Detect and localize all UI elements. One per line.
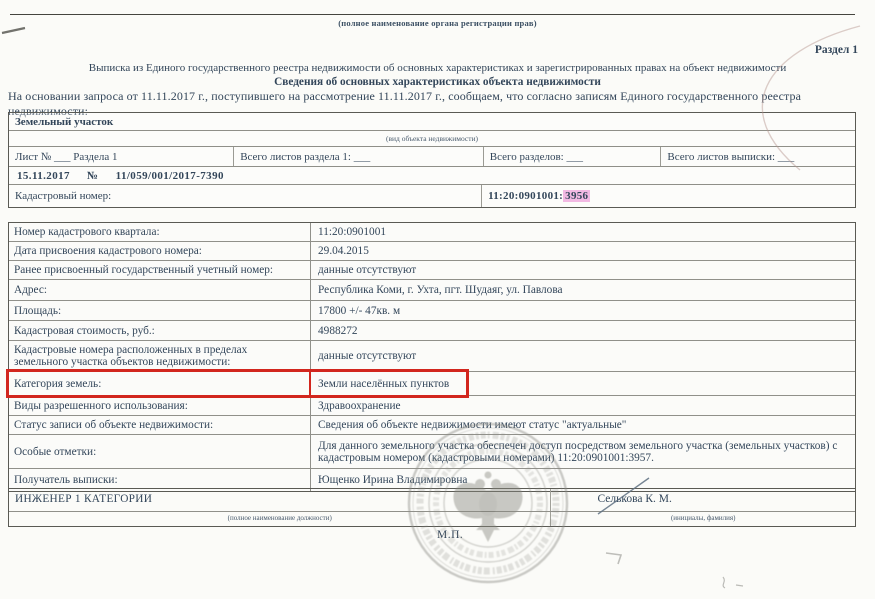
name-caption: (инициалы, фамилия): [550, 512, 855, 526]
object-header-block: Земельный участок (вид объекта недвижимо…: [8, 112, 856, 208]
row-label: Кадастровая стоимость, руб.:: [9, 321, 311, 340]
row-previous-number: Ранее присвоенный государственный учетны…: [9, 261, 855, 280]
row-value: 4988272: [311, 321, 855, 340]
signature-row: ИНЖЕНЕР 1 КАТЕГОРИИ Селькова К. М.: [9, 489, 855, 512]
row-label: Особые отметки:: [9, 435, 311, 468]
row-area: Площадь: 17800 +/- 47кв. м: [9, 301, 855, 321]
signer-name: Селькова К. М.: [550, 489, 855, 511]
row-value: Сведения об объекте недвижимости имеют с…: [311, 416, 855, 434]
smudge-mark-2: [723, 577, 743, 588]
signer-position: ИНЖЕНЕР 1 КАТЕГОРИИ: [9, 489, 550, 511]
row-value: данные отсутствуют: [311, 261, 855, 279]
row-cadastral-quarter: Номер кадастрового квартала: 11:20:09010…: [9, 223, 855, 242]
cadastral-number-row: Кадастровый номер: 11:20:0901001:3956: [9, 185, 855, 207]
scan-dash-mark: [2, 28, 25, 33]
document-page: (полное наименование органа регистрации …: [0, 0, 875, 599]
document-subtitle: Сведения об основных характеристиках объ…: [0, 76, 875, 88]
row-label: Статус записи об объекте недвижимости:: [9, 416, 311, 434]
row-value: Республика Коми, г. Ухта, пгт. Шудаяг, у…: [311, 280, 855, 300]
row-label: Площадь:: [9, 301, 311, 320]
row-assignment-date: Дата присвоения кадастрового номера: 29.…: [9, 242, 855, 261]
cadastral-number-prefix: 11:20:0901001:: [488, 190, 563, 202]
row-value: Земли населённых пунктов: [311, 372, 855, 395]
cadastral-number-label: Кадастровый номер:: [9, 185, 481, 207]
object-type-caption: (вид объекта недвижимости): [9, 131, 855, 147]
row-label: Дата присвоения кадастрового номера:: [9, 242, 311, 260]
section-label: Раздел 1: [815, 44, 858, 56]
row-value: Здравоохранение: [311, 396, 855, 415]
sheets-in-section-cell: Всего листов раздела 1: ___: [233, 147, 483, 166]
signature-captions-row: (полное наименование должности) (инициал…: [9, 512, 855, 526]
row-label: Категория земель:: [9, 372, 311, 395]
row-label: Кадастровые номера расположенных в преде…: [9, 341, 311, 371]
row-label: Номер кадастрового квартала:: [9, 223, 311, 241]
cadastral-number-highlighted: 3956: [563, 190, 590, 202]
total-sheets-cell: Всего листов выписки: ___: [660, 147, 855, 166]
row-permitted-use: Виды разрешенного использования: Здравоо…: [9, 396, 855, 416]
row-objects-within: Кадастровые номера расположенных в преде…: [9, 341, 855, 372]
row-record-status: Статус записи об объекте недвижимости: С…: [9, 416, 855, 435]
row-value: 11:20:0901001: [311, 223, 855, 241]
document-title: Выписка из Единого государственного реес…: [40, 62, 835, 74]
row-label: Виды разрешенного использования:: [9, 396, 311, 415]
row-cadastral-cost: Кадастровая стоимость, руб.: 4988272: [9, 321, 855, 341]
row-value: данные отсутствуют: [311, 341, 855, 371]
row-label: Адрес:: [9, 280, 311, 300]
sheet-info-row: Лист № ___ Раздела 1 Всего листов раздел…: [9, 147, 855, 167]
object-type-label: Земельный участок: [9, 113, 855, 131]
row-value: 17800 +/- 47кв. м: [311, 301, 855, 320]
total-sections-cell: Всего разделов: ___: [483, 147, 661, 166]
sheet-number-cell: Лист № ___ Раздела 1: [9, 147, 233, 166]
date-and-number-line: 15.11.2017 № 11/059/001/2017-7390: [9, 167, 855, 185]
row-address: Адрес: Республика Коми, г. Ухта, пгт. Шу…: [9, 280, 855, 301]
row-label: Ранее присвоенный государственный учетны…: [9, 261, 311, 279]
characteristics-table: Номер кадастрового квартала: 11:20:09010…: [8, 222, 856, 492]
org-name-caption: (полное наименование органа регистрации …: [0, 18, 875, 28]
row-value: Для данного земельного участка обеспечен…: [311, 435, 855, 468]
smudge-mark-1: [606, 553, 621, 564]
position-caption: (полное наименование должности): [9, 512, 550, 526]
row-special-notes: Особые отметки: Для данного земельного у…: [9, 435, 855, 469]
org-name-line: [10, 14, 855, 15]
row-land-category: Категория земель: Земли населённых пункт…: [9, 372, 855, 396]
cadastral-number-value: 11:20:0901001:3956: [481, 185, 855, 207]
seal-place-label: М.П.: [437, 529, 463, 541]
row-value: 29.04.2015: [311, 242, 855, 260]
signature-block: ИНЖЕНЕР 1 КАТЕГОРИИ Селькова К. М. (полн…: [8, 488, 856, 527]
